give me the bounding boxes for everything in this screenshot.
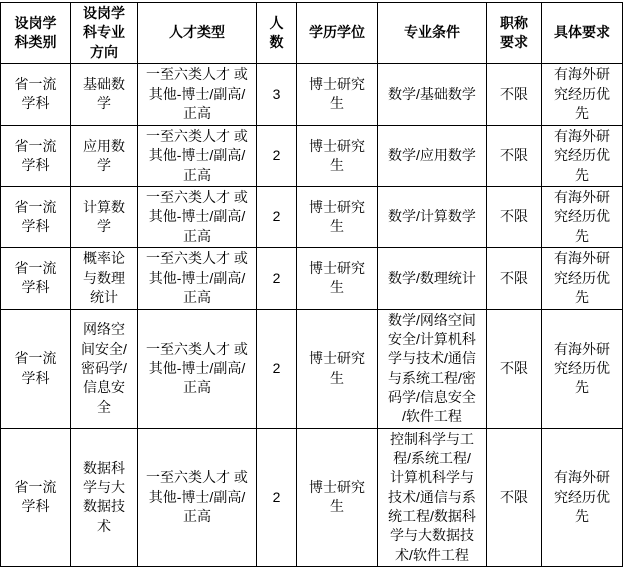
cell-degree: 博士研究 生: [297, 63, 378, 125]
cell-headcount: 2: [257, 247, 297, 309]
cell-title-requirement: 不限: [487, 125, 542, 186]
header-degree: 学历学位: [297, 3, 378, 64]
cell-title-requirement: 不限: [487, 247, 542, 309]
cell-discipline-category: 省一流 学科: [1, 63, 71, 125]
cell-degree: 博士研究 生: [297, 125, 378, 186]
cell-discipline-direction: 计算数 学: [71, 186, 138, 247]
header-headcount: 人 数: [257, 3, 297, 64]
header-major-requirement: 专业条件: [378, 3, 487, 64]
header-talent-type: 人才类型: [138, 3, 257, 64]
cell-discipline-direction: 概率论 与数理 统计: [71, 247, 138, 309]
cell-headcount: 3: [257, 63, 297, 125]
table-row: 省一流 学科 基础数 学 一至六类人才 或 其他-博士/副高/ 正高 3 博士研…: [1, 63, 623, 125]
recruitment-positions-table: 设岗学 科类别 设岗学 科专业 方向 人才类型 人 数 学历学位 专业条件 职称…: [0, 2, 623, 567]
cell-talent-type: 一至六类人才 或 其他-博士/副高/ 正高: [138, 186, 257, 247]
table-row: 省一流 学科 应用数 学 一至六类人才 或 其他-博士/副高/ 正高 2 博士研…: [1, 125, 623, 186]
cell-specific-requirement: 有海外研 究经历优 先: [542, 125, 623, 186]
cell-title-requirement: 不限: [487, 309, 542, 428]
cell-talent-type: 一至六类人才 或 其他-博士/副高/ 正高: [138, 247, 257, 309]
cell-major-requirement: 数学/基础数学: [378, 63, 487, 125]
cell-talent-type: 一至六类人才 或 其他-博士/副高/ 正高: [138, 309, 257, 428]
cell-discipline-category: 省一流 学科: [1, 125, 71, 186]
cell-headcount: 2: [257, 309, 297, 428]
cell-specific-requirement: 有海外研 究经历优 先: [542, 309, 623, 428]
cell-title-requirement: 不限: [487, 63, 542, 125]
document-page: 设岗学 科类别 设岗学 科专业 方向 人才类型 人 数 学历学位 专业条件 职称…: [0, 0, 627, 546]
header-title-requirement: 职称 要求: [487, 3, 542, 64]
cell-degree: 博士研究 生: [297, 186, 378, 247]
cell-major-requirement: 数学/数理统计: [378, 247, 487, 309]
header-discipline-category: 设岗学 科类别: [1, 3, 71, 64]
cell-talent-type: 一至六类人才 或 其他-博士/副高/ 正高: [138, 63, 257, 125]
cell-discipline-direction: 网络空 间安全/ 密码学/ 信息安 全: [71, 309, 138, 428]
table-row: 省一流 学科 网络空 间安全/ 密码学/ 信息安 全 一至六类人才 或 其他-博…: [1, 309, 623, 428]
cell-specific-requirement: 有海外研 究经历优 先: [542, 186, 623, 247]
cell-major-requirement: 数学/网络空间 安全/计算机科 学与技术/通信 与系统工程/密 码学/信息安全 …: [378, 309, 487, 428]
table-header-row: 设岗学 科类别 设岗学 科专业 方向 人才类型 人 数 学历学位 专业条件 职称…: [1, 3, 623, 64]
cell-major-requirement: 数学/应用数学: [378, 125, 487, 186]
header-discipline-direction: 设岗学 科专业 方向: [71, 3, 138, 64]
cell-specific-requirement: 有海外研 究经历优 先: [542, 63, 623, 125]
cell-headcount: 2: [257, 186, 297, 247]
cell-specific-requirement: 有海外研 究经历优 先: [542, 247, 623, 309]
cell-talent-type: 一至六类人才 或 其他-博士/副高/ 正高: [138, 125, 257, 186]
cell-discipline-category: 省一流 学科: [1, 309, 71, 428]
cell-degree: 博士研究 生: [297, 309, 378, 428]
cell-headcount: 2: [257, 125, 297, 186]
cell-degree: 博士研究 生: [297, 247, 378, 309]
cell-discipline-category: 省一流 学科: [1, 247, 71, 309]
table-row: 省一流 学科 概率论 与数理 统计 一至六类人才 或 其他-博士/副高/ 正高 …: [1, 247, 623, 309]
cell-discipline-direction: 基础数 学: [71, 63, 138, 125]
cell-major-requirement: 数学/计算数学: [378, 186, 487, 247]
table-row: 省一流 学科 计算数 学 一至六类人才 或 其他-博士/副高/ 正高 2 博士研…: [1, 186, 623, 247]
cell-discipline-category: 省一流 学科: [1, 186, 71, 247]
cell-discipline-direction: 应用数 学: [71, 125, 138, 186]
header-specific-requirement: 具体要求: [542, 3, 623, 64]
cell-title-requirement: 不限: [487, 186, 542, 247]
